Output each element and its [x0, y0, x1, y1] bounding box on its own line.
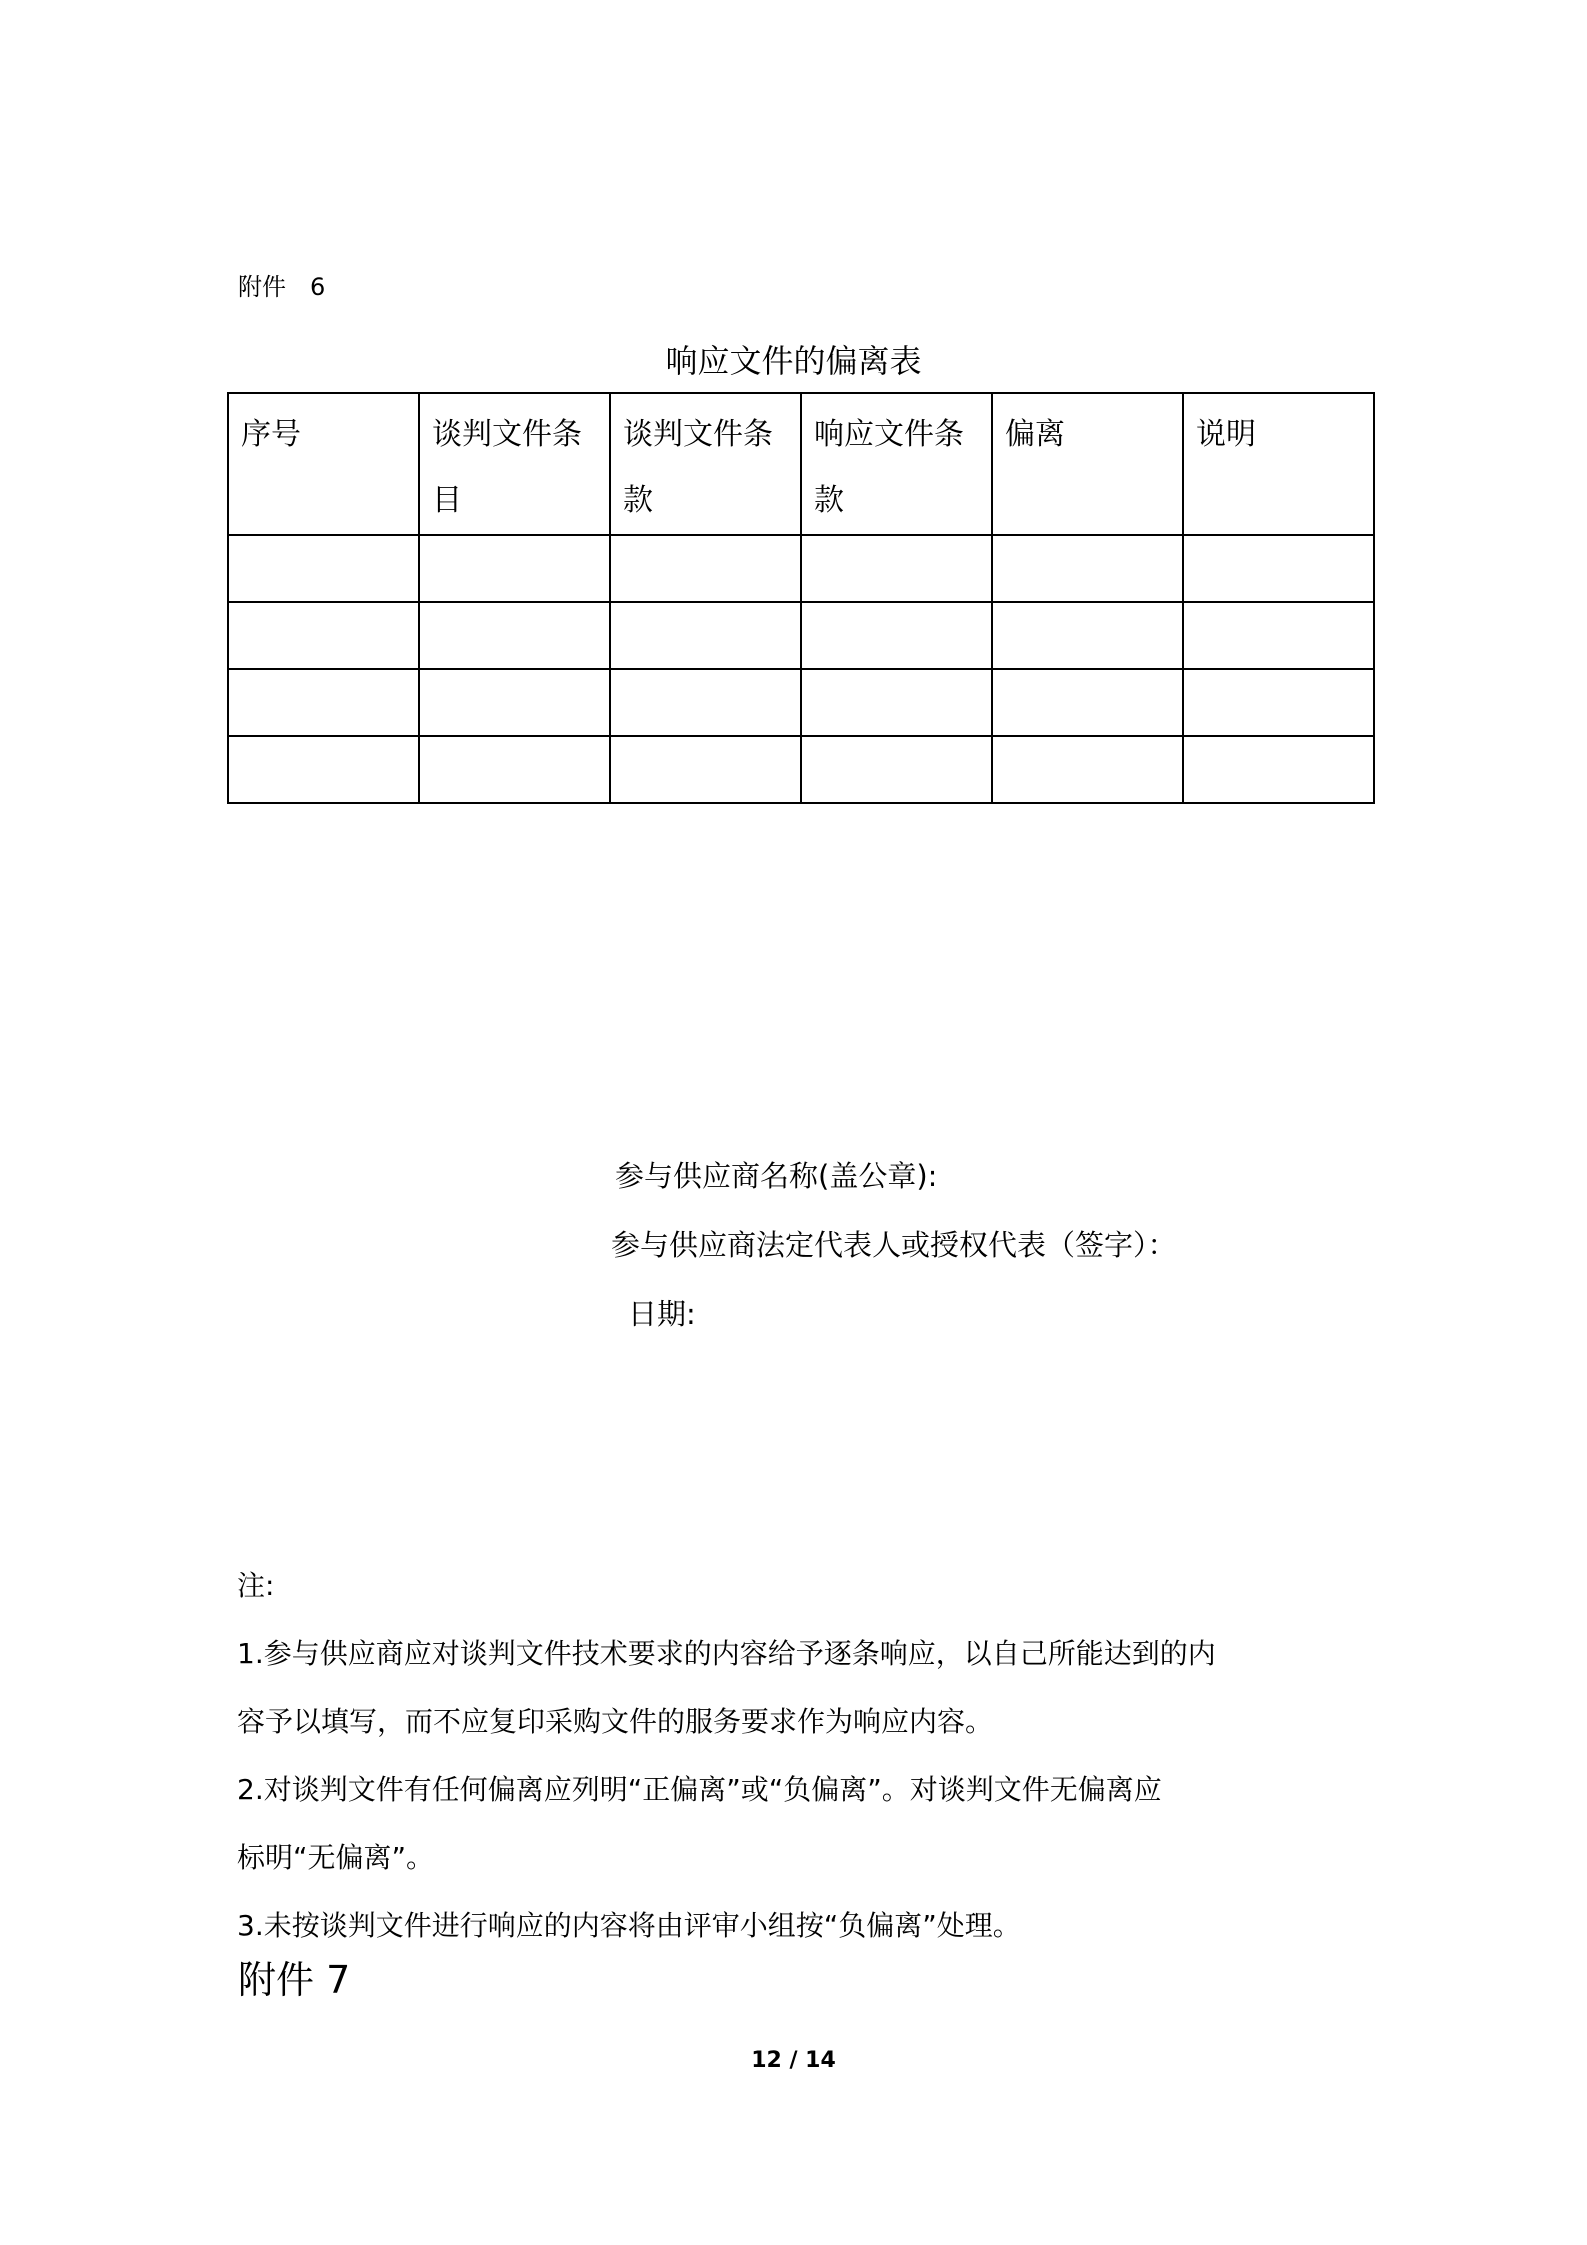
table-cell-empty	[992, 669, 1183, 736]
signature-block: 参与供应商名称(盖公章): 参与供应商法定代表人或授权代表（签字）： 日期:	[611, 1142, 1177, 1349]
supplier-name-seal-line: 参与供应商名称(盖公章):	[611, 1142, 1177, 1211]
note-line: 2.对谈判文件有任何偏离应列明“正偏离”或“负偏离”。对谈判文件无偏离应	[237, 1756, 1216, 1824]
table-row	[228, 669, 1374, 736]
table-cell-empty	[419, 535, 610, 602]
note-line: 3.未按谈判文件进行响应的内容将由评审小组按“负偏离”处理。	[237, 1892, 1216, 1960]
note-line: 标明“无偏离”。	[237, 1824, 1216, 1892]
table-cell-empty	[419, 602, 610, 669]
table-cell-empty	[1183, 535, 1374, 602]
table-cell-empty	[801, 602, 992, 669]
table-cell-empty	[419, 669, 610, 736]
attachment-7-label: 附件 7	[238, 1958, 350, 2004]
table-cell-empty	[801, 736, 992, 803]
attachment-6-label: 附件 6	[238, 272, 325, 302]
table-header-seq: 序号	[228, 393, 419, 535]
table-header-negotiation-clause: 谈判文件条款	[610, 393, 801, 535]
table-row	[228, 602, 1374, 669]
page-number: 12 / 14	[0, 2048, 1587, 2073]
table-row	[228, 535, 1374, 602]
table-cell-empty	[610, 602, 801, 669]
table-cell-empty	[228, 669, 419, 736]
notes-label: 注:	[237, 1552, 1216, 1620]
table-cell-empty	[610, 535, 801, 602]
table-row	[228, 736, 1374, 803]
table-header-negotiation-item: 谈判文件条目	[419, 393, 610, 535]
table-cell-empty	[610, 736, 801, 803]
deviation-table-title: 响应文件的偏离表	[0, 342, 1587, 380]
deviation-table: 序号 谈判文件条目 谈判文件条款 响应文件条款 偏离 说明	[227, 392, 1375, 804]
table-cell-empty	[610, 669, 801, 736]
notes-block: 注: 1.参与供应商应对谈判文件技术要求的内容给予逐条响应，以自己所能达到的内 …	[237, 1552, 1216, 1960]
table-cell-empty	[228, 535, 419, 602]
table-header-deviation: 偏离	[992, 393, 1183, 535]
table-cell-empty	[228, 602, 419, 669]
table-cell-empty	[419, 736, 610, 803]
table-cell-empty	[1183, 669, 1374, 736]
table-cell-empty	[1183, 602, 1374, 669]
table-header-response-clause: 响应文件条款	[801, 393, 992, 535]
table-header-description: 说明	[1183, 393, 1374, 535]
table-header-row: 序号 谈判文件条目 谈判文件条款 响应文件条款 偏离 说明	[228, 393, 1374, 535]
table-cell-empty	[992, 602, 1183, 669]
table-cell-empty	[801, 669, 992, 736]
table-cell-empty	[1183, 736, 1374, 803]
note-line: 容予以填写，而不应复印采购文件的服务要求作为响应内容。	[237, 1688, 1216, 1756]
date-line: 日期:	[611, 1280, 1177, 1349]
table-cell-empty	[801, 535, 992, 602]
table-cell-empty	[228, 736, 419, 803]
table-cell-empty	[992, 535, 1183, 602]
note-line: 1.参与供应商应对谈判文件技术要求的内容给予逐条响应，以自己所能达到的内	[237, 1620, 1216, 1688]
legal-representative-sign-line: 参与供应商法定代表人或授权代表（签字）：	[611, 1211, 1177, 1280]
table-cell-empty	[992, 736, 1183, 803]
